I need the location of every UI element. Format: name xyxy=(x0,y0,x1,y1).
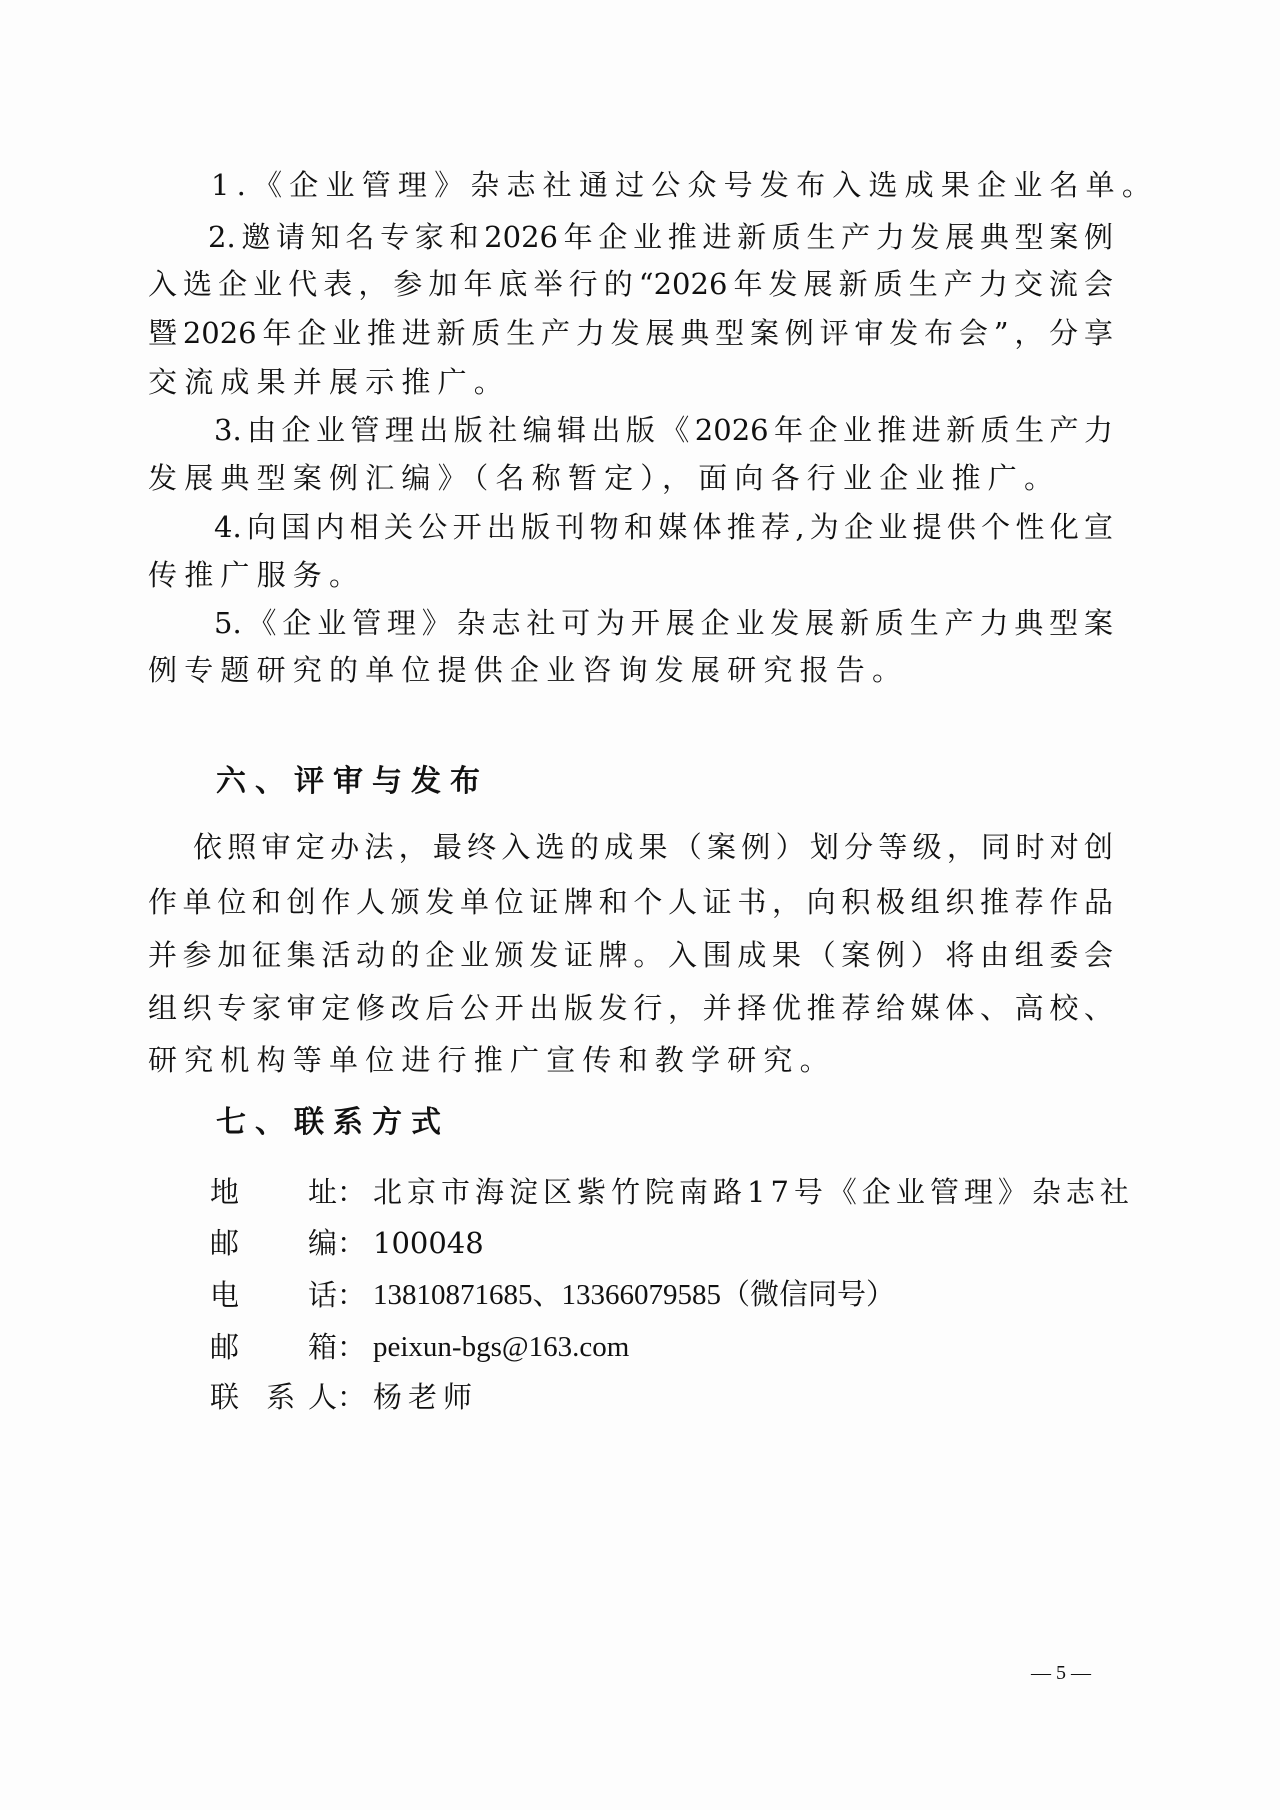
contact-address-label-b: 址： xyxy=(308,1170,366,1214)
contact-address-value: 北京市海淀区紫竹院南路17号《企业管理》杂志社 xyxy=(373,1170,1134,1214)
item-5-line-1: 5.《企业管理》杂志社可为开展企业发展新质生产力典型案 xyxy=(214,601,1113,645)
item-4-line-1: 4.向国内相关公开出版刊物和媒体推荐,为企业提供个性化宣 xyxy=(214,505,1113,549)
contact-person-label-b: 人： xyxy=(308,1375,366,1419)
item-3-line-2: 发展典型案例汇编》（名称暂定），面向各行业企业推广。 xyxy=(148,456,1113,500)
document-page: 1.《企业管理》杂志社通过公众号发布入选成果企业名单。 2.邀请知名专家和202… xyxy=(0,0,1280,1810)
contact-email-label-b: 箱： xyxy=(308,1325,366,1369)
item-2-line-4: 交流成果并展示推广。 xyxy=(148,360,1113,404)
item-2-line-2: 入选企业代表，参加年底举行的“2026年发展新质生产力交流会 xyxy=(148,262,1113,306)
contact-email-value[interactable]: peixun-bgs@163.com xyxy=(373,1325,629,1369)
contact-postcode-label-a: 邮 xyxy=(210,1221,239,1265)
item-2-line-3: 暨2026年企业推进新质生产力发展典型案例评审发布会”，分享 xyxy=(148,311,1113,355)
contact-address-label-a: 地 xyxy=(210,1170,239,1214)
section-6-line-4: 组织专家审定修改后公开出版发行，并择优推荐给媒体、高校、 xyxy=(148,986,1113,1030)
item-2-line-1: 2.邀请知名专家和2026年企业推进新质生产力发展典型案例 xyxy=(208,215,1113,259)
contact-person-value: 杨老师 xyxy=(373,1375,478,1419)
item-5-line-2: 例专题研究的单位提供企业咨询发展研究报告。 xyxy=(148,648,1113,692)
contact-phone-value: 13810871685、13366079585（微信同号） xyxy=(373,1273,895,1317)
contact-postcode-value: 100048 xyxy=(373,1221,484,1265)
item-3-line-1: 3.由企业管理出版社编辑出版《2026年企业推进新质生产力 xyxy=(214,408,1113,452)
section-7-heading: 七、联系方式 xyxy=(216,1101,450,1145)
contact-person-label-a: 联 系 xyxy=(210,1375,295,1419)
item-4-line-2: 传推广服务。 xyxy=(148,553,1113,597)
contact-phone-label-b: 话： xyxy=(308,1273,366,1317)
section-6-line-5: 研究机构等单位进行推广宣传和教学研究。 xyxy=(148,1038,1113,1082)
section-6-line-1: 依照审定办法，最终入选的成果（案例）划分等级，同时对创 xyxy=(193,825,1113,869)
contact-email-label-a: 邮 xyxy=(210,1325,239,1369)
contact-postcode-label-b: 编： xyxy=(308,1221,366,1265)
section-6-heading: 六、评审与发布 xyxy=(216,760,489,804)
section-6-line-2: 作单位和创作人颁发单位证牌和个人证书，向积极组织推荐作品 xyxy=(148,880,1113,924)
contact-phone-label-a: 电 xyxy=(210,1273,239,1317)
section-6-line-3: 并参加征集活动的企业颁发证牌。入围成果（案例）将由组委会 xyxy=(148,933,1113,977)
item-1-line-1: 1.《企业管理》杂志社通过公众号发布入选成果企业名单。 xyxy=(211,163,1116,207)
page-number: — 5 — xyxy=(1026,1658,1096,1688)
